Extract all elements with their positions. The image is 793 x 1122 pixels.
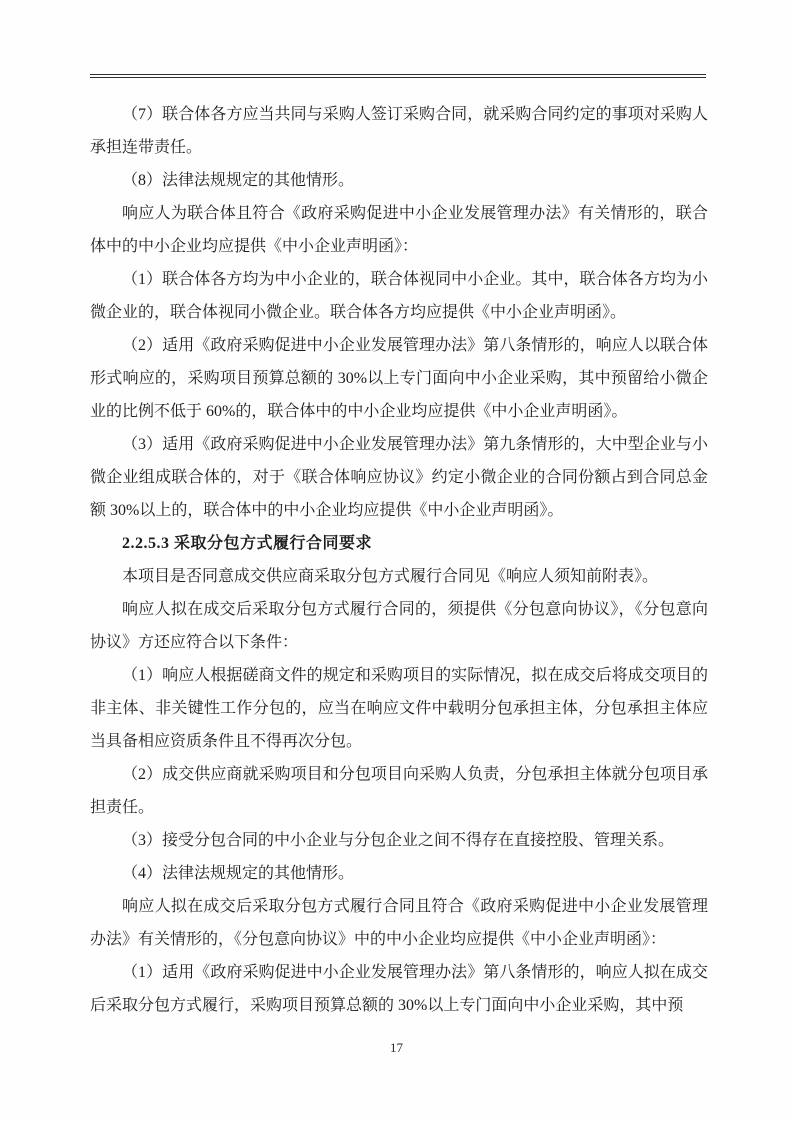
- consortium-sme-declaration-intro: 响应人为联合体且符合《政府采购促进中小企业发展管理办法》有关情形的，联合体中的中…: [90, 197, 708, 263]
- document-body: （7）联合体各方应当共同与采购人签订采购合同，就采购合同约定的事项对采购人承担连…: [90, 98, 708, 1022]
- document-page: （7）联合体各方应当共同与采购人签订采购合同，就采购合同约定的事项对采购人承担连…: [0, 0, 793, 1122]
- section-heading-2-2-5-3: 2.2.5.3 采取分包方式履行合同要求: [90, 527, 708, 560]
- consortium-case-1: （1）联合体各方均为中小企业的，联合体视同中小企业。其中，联合体各方均为小微企业…: [90, 263, 708, 329]
- clause-paragraph-7: （7）联合体各方应当共同与采购人签订采购合同，就采购合同约定的事项对采购人承担连…: [90, 98, 708, 164]
- header-rule: [90, 74, 706, 78]
- subcontract-condition-1: （1）响应人根据磋商文件的规定和采购项目的实际情况，拟在成交后将成交项目的非主体…: [90, 659, 708, 758]
- consortium-case-2: （2）适用《政府采购促进中小企业发展管理办法》第八条情形的，响应人以联合体形式响…: [90, 329, 708, 428]
- subcontract-intro: 本项目是否同意成交供应商采取分包方式履行合同见《响应人须知前附表》。: [90, 560, 708, 593]
- consortium-case-3: （3）适用《政府采购促进中小企业发展管理办法》第九条情形的，大中型企业与小微企业…: [90, 428, 708, 527]
- subcontract-condition-3: （3）接受分包合同的中小企业与分包企业之间不得存在直接控股、管理关系。: [90, 824, 708, 857]
- subcontract-condition-2: （2）成交供应商就采购项目和分包项目向采购人负责，分包承担主体就分包项目承担责任…: [90, 758, 708, 824]
- subcontract-agreement-requirement: 响应人拟在成交后采取分包方式履行合同的，须提供《分包意向协议》，《分包意向协议》…: [90, 593, 708, 659]
- subcontract-condition-4: （4）法律法规规定的其他情形。: [90, 857, 708, 890]
- clause-paragraph-8: （8）法律法规规定的其他情形。: [90, 164, 708, 197]
- subcontract-case-1-truncated: （1）适用《政府采购促进中小企业发展管理办法》第八条情形的，响应人拟在成交后采取…: [90, 956, 708, 1022]
- subcontract-sme-declaration-intro: 响应人拟在成交后采取分包方式履行合同且符合《政府采购促进中小企业发展管理办法》有…: [90, 890, 708, 956]
- page-number: 17: [0, 1040, 793, 1056]
